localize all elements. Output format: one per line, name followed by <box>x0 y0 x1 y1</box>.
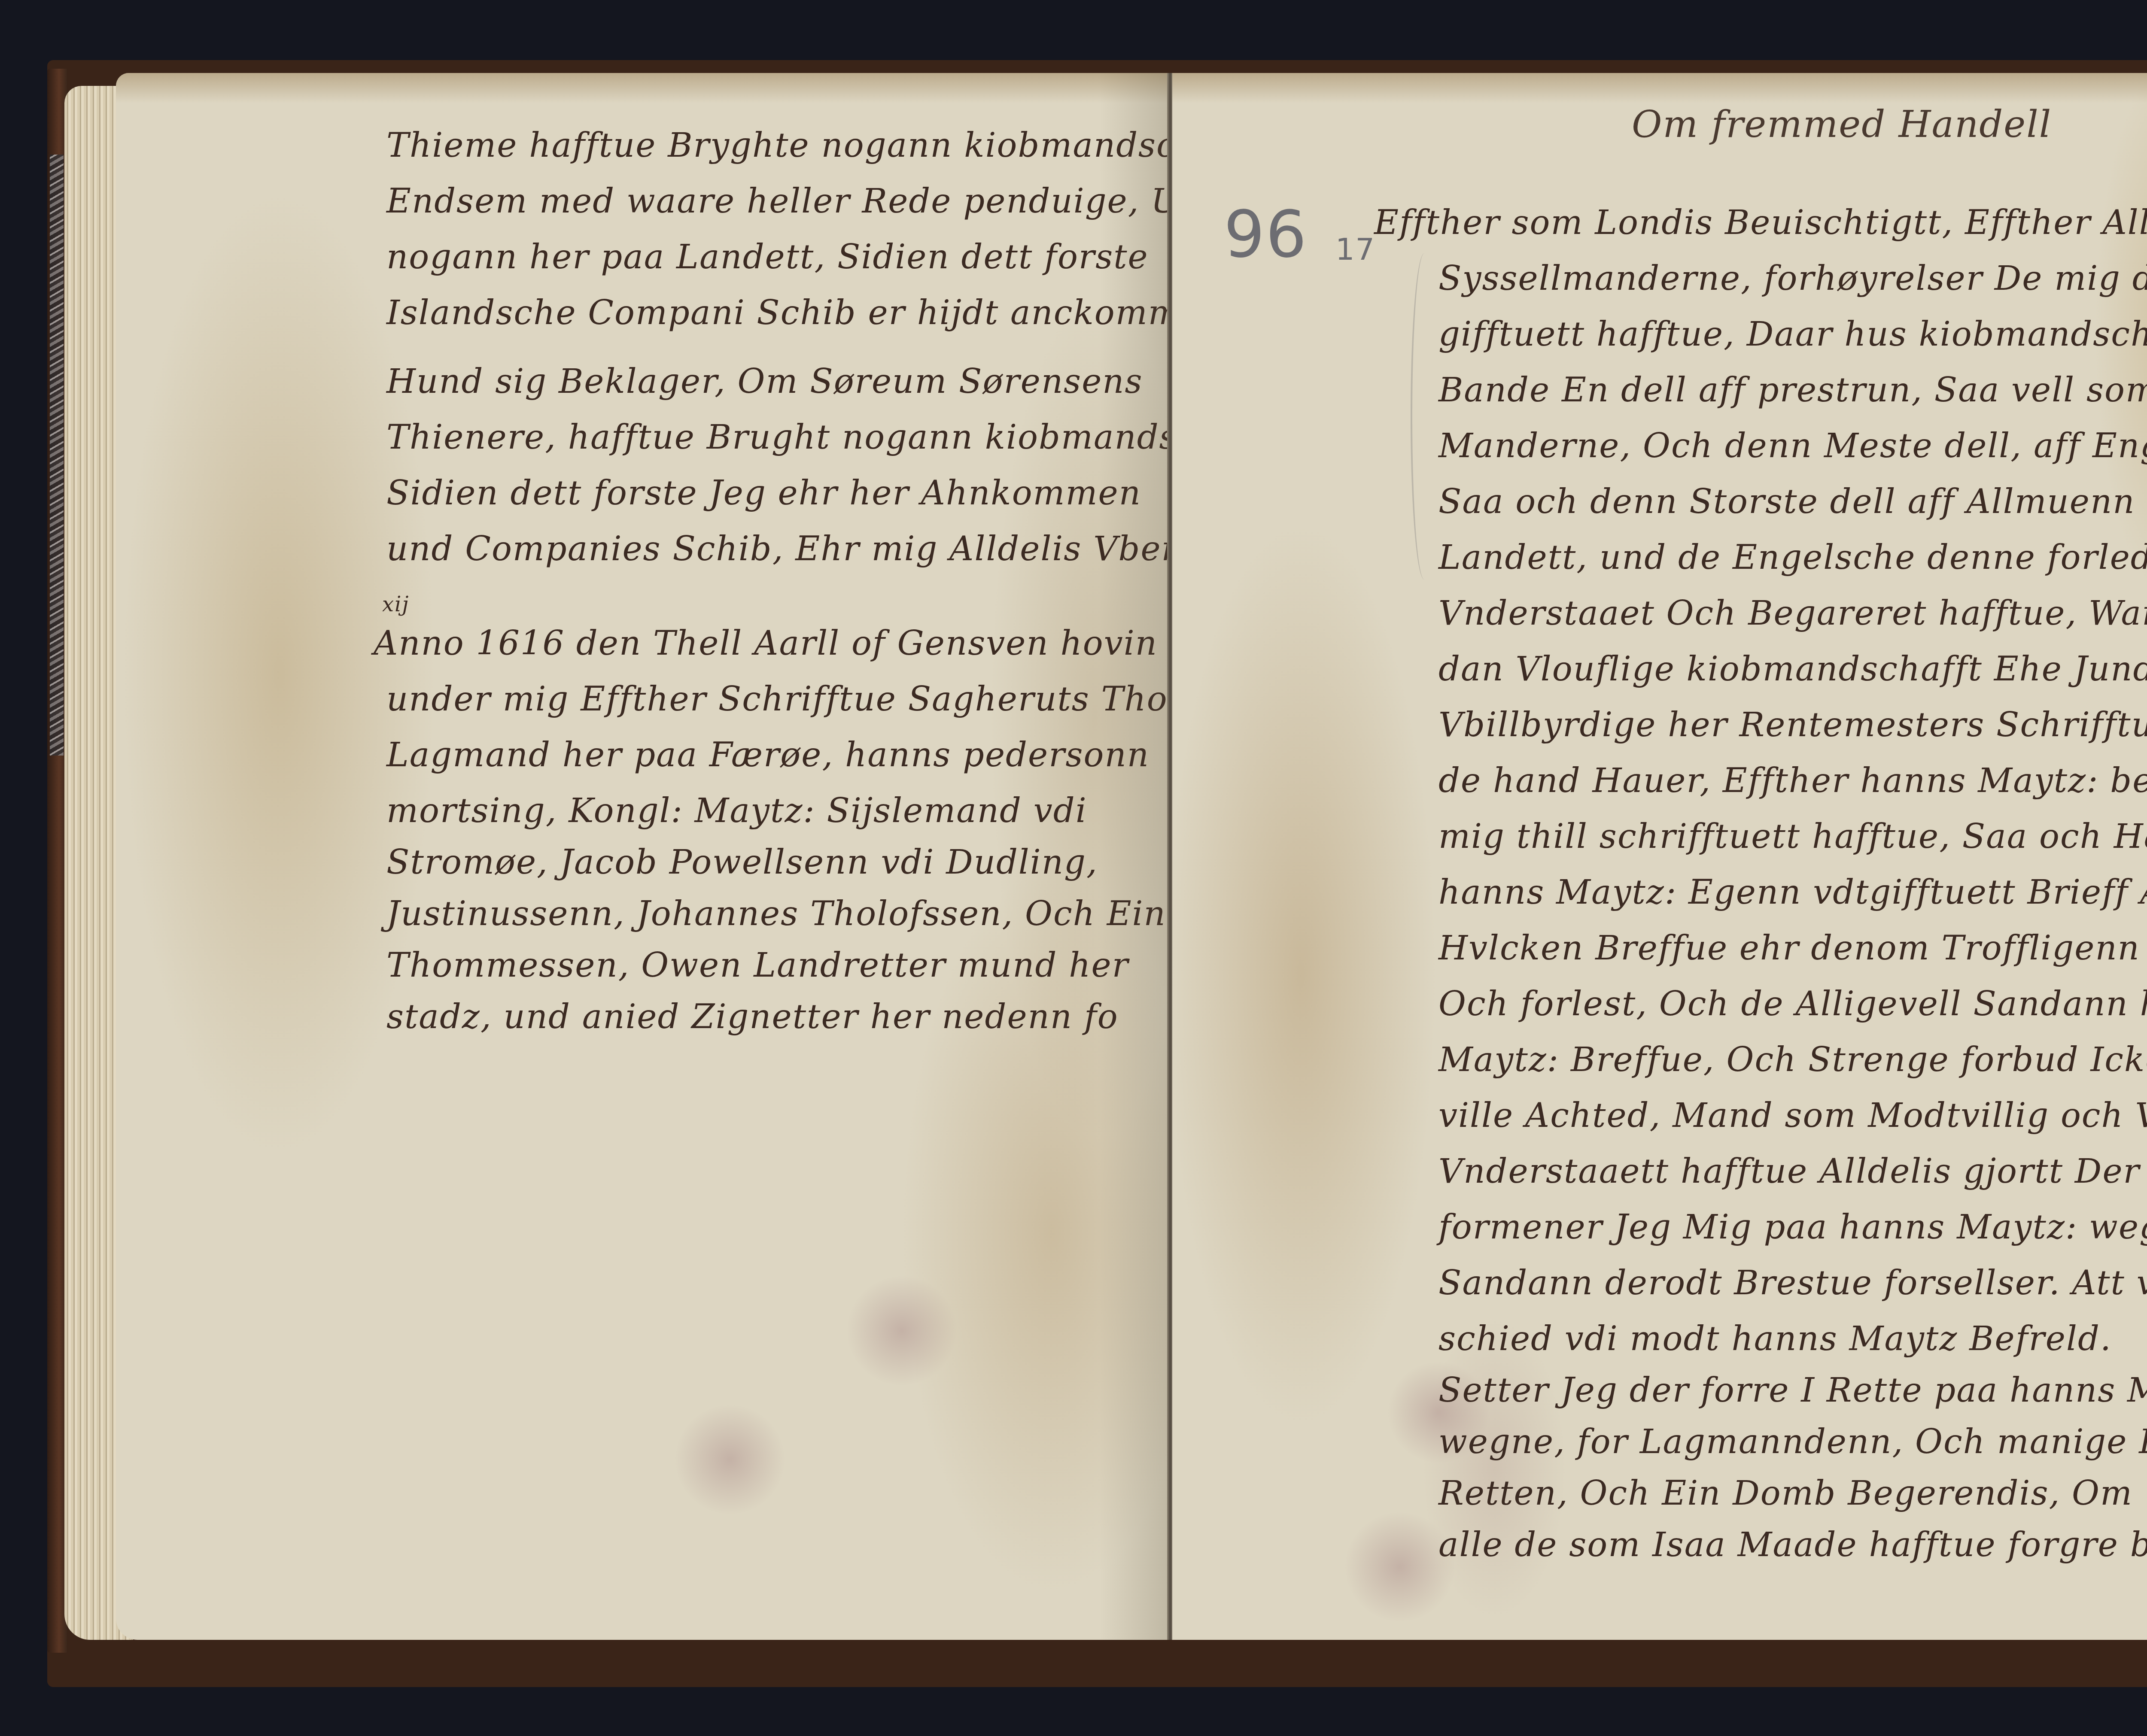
text-line: ville Achted, Mand som Modtvillig och Vs… <box>1438 1099 2147 1132</box>
text-line: Syssellmanderne, forhøyrelser De mig der… <box>1438 262 2147 295</box>
page-number: 96 <box>1224 197 1308 272</box>
text-line: Thienere, hafftue Brught nogann kiobmand… <box>386 421 1168 454</box>
margin-rule <box>1411 253 1438 580</box>
text-line: de hand Hauer, Effther hanns Maytz: befa… <box>1438 764 2147 798</box>
text-line: gifftuett hafftue, Daar hus kiobmandscha… <box>1438 318 2147 351</box>
left-page: Thieme hafftue Bryghte nogann kiobmandsc… <box>116 73 1168 1640</box>
stain <box>846 1275 958 1387</box>
text-line: dan Vlouflige kiobmandschafft Ehe Jund B… <box>1438 653 2147 686</box>
folio-mark: 17 <box>1335 232 1375 267</box>
text-line: und Companies Schib, Ehr mig Alldelis Vb… <box>386 532 1168 566</box>
text-line: Islandsche Compani Schib er hijdt anckom… <box>386 296 1168 330</box>
text-line: Hvlcken Breffue ehr denom Troffligenn fo… <box>1438 932 2147 965</box>
text-line: Anno 1616 den Thell Aarll of Gensven hov… <box>374 627 1168 660</box>
text-line: Sidien dett forste Jeg ehr her Ahnkommen <box>386 476 1141 510</box>
text-line: Effther som Londis Beuischtigtt, Effther… <box>1374 206 2147 240</box>
text-line: Thommessen, Owen Landretter mund her <box>386 949 1129 982</box>
text-line: Retten, Och Ein Domb Begerendis, Om <box>1438 1477 2133 1510</box>
text-line: Vnderstaaett hafftue Alldelis gjortt Der… <box>1438 1155 2147 1188</box>
stain <box>674 1404 786 1515</box>
margin-mark: xij <box>382 592 409 616</box>
marbled-board <box>50 155 64 756</box>
text-line: Maytz: Breffue, Och Strenge forbud Icke … <box>1438 1043 2147 1077</box>
text-line: hanns Maytz: Egenn vdtgifftuett Brieff A… <box>1438 876 2147 909</box>
text-line: Bande En dell aff prestrun, Saa vell som… <box>1438 373 2147 407</box>
text-line: Och forlest, Och de Alligevell Sandann h… <box>1438 987 2147 1021</box>
text-line: mig thill schrifftuett hafftue, Saa och … <box>1438 820 2147 853</box>
text-line: Thieme hafftue Bryghte nogann kiobmandsc… <box>386 129 1168 162</box>
text-line: Saa och denn Storste dell aff Allmuenn h… <box>1438 485 2147 519</box>
right-page: Om fremmed Handell 96 17 Effther som Lon… <box>1172 73 2147 1640</box>
page-edge-shading <box>1172 73 2147 103</box>
text-line: alle de som Isaa Maade hafftue forgre bi… <box>1438 1528 2147 1562</box>
text-line: formener Jeg Mig paa hanns Maytz: wegne <box>1438 1211 2147 1244</box>
text-line: wegne, for Lagmanndenn, Och manige Lagr <box>1438 1425 2147 1459</box>
text-line: Sandann derodt Brestue forsellser. Att v… <box>1438 1266 2147 1300</box>
text-line: Justinussenn, Johannes Tholofssen, Och E… <box>386 897 1166 931</box>
text-line: Endsem med waare heller Rede penduige, U… <box>386 185 1168 218</box>
text-line: Stromøe, Jacob Powellsenn vdi Dudling, <box>386 846 1098 879</box>
page-heading: Om fremmed Handell <box>1632 103 2052 146</box>
text-line: Landett, und de Engelsche denne forleden… <box>1438 541 2147 574</box>
text-line: stadz, und anied Zignetter her nedenn fo <box>386 1000 1119 1034</box>
text-line: Manderne, Och denn Meste dell, aff Engel… <box>1438 429 2147 463</box>
text-line: Vbillbyrdige her Rentemesters Schrifftue… <box>1438 708 2147 742</box>
text-line: Lagmand her paa Færøe, hanns pedersonn <box>386 738 1150 772</box>
text-line: schied vdi modt hanns Maytz Befreld. <box>1438 1322 2112 1356</box>
text-line: Setter Jeg der forre I Rette paa hanns M… <box>1438 1374 2147 1407</box>
text-line: under mig Effther Schrifftue Sagheruts T… <box>386 683 1168 716</box>
page-edge-shading <box>116 73 1168 103</box>
gutter-shadow <box>1099 73 1167 1640</box>
text-line: nogann her paa Landett, Sidien dett fors… <box>386 240 1149 274</box>
text-line: Hund sig Beklager, Om Søreum Sørensens <box>386 365 1143 398</box>
text-line: Vnderstaaet Och Begareret hafftue, Wanne… <box>1438 597 2147 630</box>
text-line: mortsing, Kongl: Maytz: Sijslemand vdi <box>386 794 1087 828</box>
